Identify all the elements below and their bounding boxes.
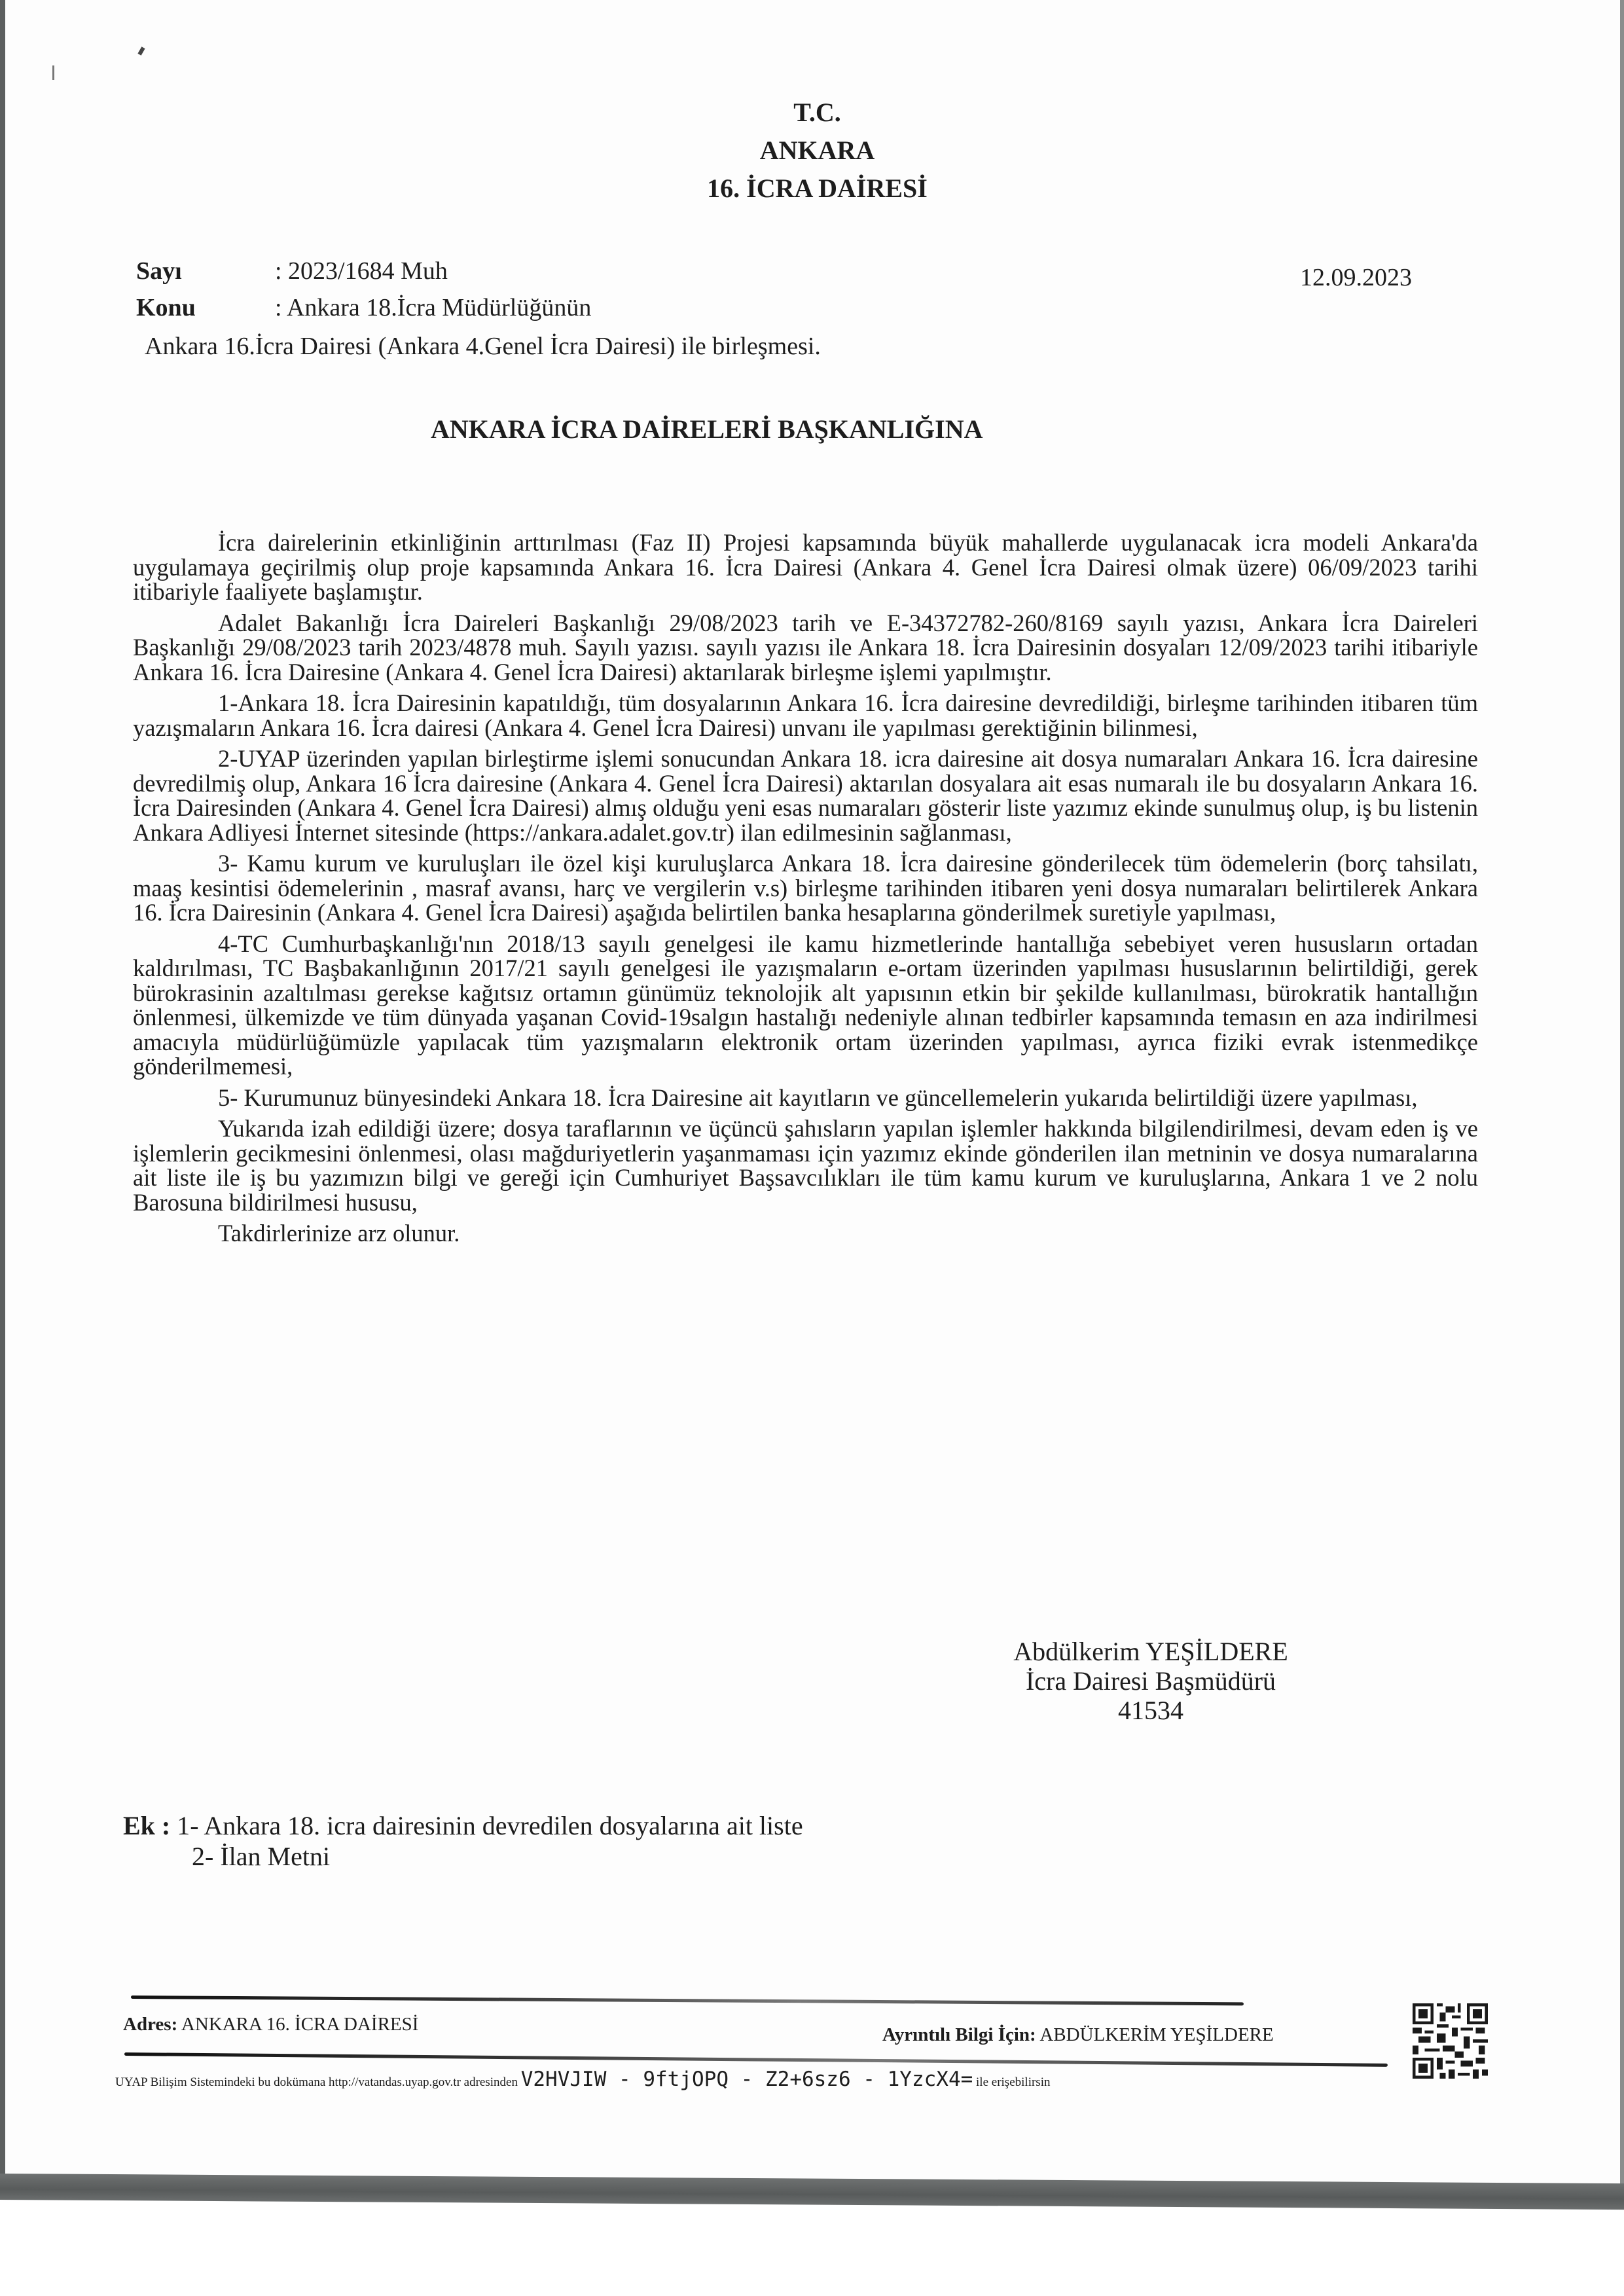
closing: Takdirlerinize arz olunur. bbox=[133, 1221, 1478, 1246]
footer-rule-top bbox=[131, 1995, 1244, 2005]
address-value: ANKARA 16. İCRA DAİRESİ bbox=[181, 2014, 419, 2035]
footer-contact: Ayrıntılı Bilgi İçin: ABDÜLKERİM YEŞİLDE… bbox=[882, 2024, 1274, 2046]
paragraph: 4-TC Cumhurbaşkanlığı'nın 2018/13 sayılı… bbox=[133, 932, 1478, 1079]
header-office: 16. İCRA DAİRESİ bbox=[5, 173, 1624, 204]
paragraph: Yukarıda izah edildiği üzere; dosya tara… bbox=[133, 1116, 1478, 1214]
attachment-item: 2- İlan Metni bbox=[192, 1842, 330, 1871]
attachment-item: 1- Ankara 18. icra dairesinin devredilen… bbox=[177, 1811, 803, 1840]
paragraph: 5- Kurumunuz bünyesindeki Ankara 18. İcr… bbox=[133, 1085, 1478, 1110]
paragraph: İcra dairelerinin etkinliğinin arttırılm… bbox=[133, 530, 1478, 604]
document-date: 12.09.2023 bbox=[1300, 263, 1412, 292]
paragraph: 1-Ankara 18. İcra Dairesinin kapatıldığı… bbox=[133, 691, 1478, 740]
attachments: Ek : 1- Ankara 18. icra dairesinin devre… bbox=[123, 1810, 803, 1872]
header-city: ANKARA bbox=[5, 135, 1624, 166]
document-page: T.C. ANKARA 16. İCRA DAİRESİ Sayı: 2023/… bbox=[0, 0, 1624, 2190]
qr-code-icon bbox=[1413, 2003, 1488, 2079]
signatory-name: Abdülkerim YEŞİLDERE bbox=[954, 1637, 1347, 1666]
footer-address: Adres: ANKARA 16. İCRA DAİRESİ bbox=[123, 2014, 418, 2035]
uyap-code: V2HVJIW - 9ftjOPQ - Z2+6sz6 - 1YzcX4= bbox=[521, 2068, 973, 2091]
signature-block: Abdülkerim YEŞİLDERE İcra Dairesi Başmüd… bbox=[954, 1637, 1347, 1725]
contact-label: Ayrıntılı Bilgi İçin: bbox=[882, 2024, 1036, 2045]
header-tc: T.C. bbox=[5, 97, 1624, 128]
sayi-value: : 2023/1684 Muh bbox=[275, 257, 448, 285]
sayi-label: Sayı bbox=[136, 257, 275, 285]
signatory-sicil: 41534 bbox=[954, 1696, 1347, 1725]
scan-speck bbox=[52, 65, 54, 80]
signatory-title: İcra Dairesi Başmüdürü bbox=[954, 1666, 1347, 1696]
konu-label: Konu bbox=[136, 293, 275, 322]
scan-speck bbox=[137, 46, 145, 55]
uyap-suffix: ile erişebilirsin bbox=[976, 2075, 1050, 2089]
address-label: Adres: bbox=[123, 2014, 177, 2035]
letter-body: İcra dairelerinin etkinliğinin arttırılm… bbox=[133, 530, 1478, 1252]
attachments-label: Ek : bbox=[123, 1811, 170, 1840]
contact-value: ABDÜLKERİM YEŞİLDERE bbox=[1039, 2024, 1273, 2045]
paragraph: Adalet Bakanlığı İcra Daireleri Başkanlı… bbox=[133, 611, 1478, 685]
paragraph: 2-UYAP üzerinden yapılan birleştirme işl… bbox=[133, 746, 1478, 845]
konu-continuation: Ankara 16.İcra Dairesi (Ankara 4.Genel İ… bbox=[145, 332, 821, 361]
uyap-prefix: UYAP Bilişim Sistemindeki bu dokümana ht… bbox=[115, 2075, 518, 2089]
footer-rule-bottom bbox=[124, 2052, 1388, 2067]
paragraph: 3- Kamu kurum ve kuruluşları ile özel ki… bbox=[133, 851, 1478, 925]
konu-value: : Ankara 18.İcra Müdürlüğünün bbox=[275, 294, 591, 321]
meta-konu: Konu: Ankara 18.İcra Müdürlüğünün bbox=[136, 293, 591, 322]
addressee: ANKARA İCRA DAİRELERİ BAŞKANLIĞINA bbox=[431, 414, 983, 445]
uyap-verification: UYAP Bilişim Sistemindeki bu dokümana ht… bbox=[115, 2068, 1050, 2091]
meta-sayi: Sayı: 2023/1684 Muh bbox=[136, 257, 448, 285]
